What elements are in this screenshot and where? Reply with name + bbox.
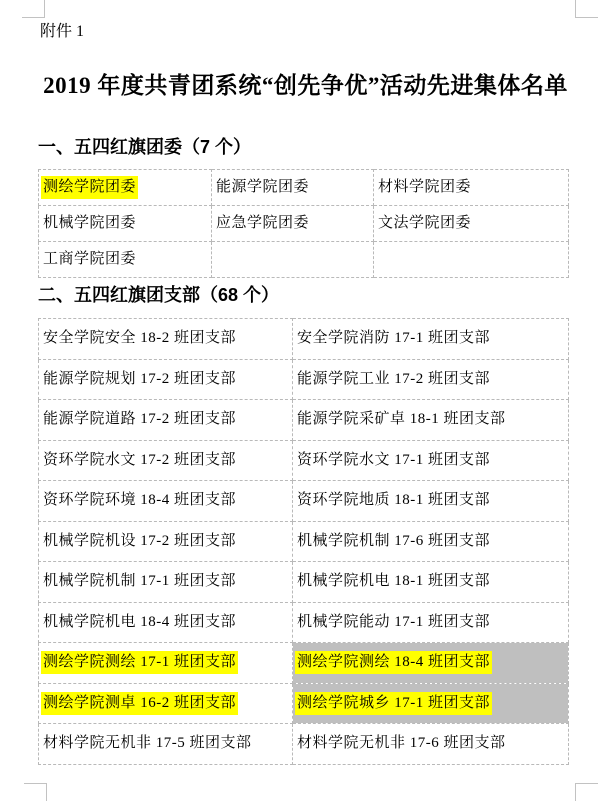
table-cell: 机械学院机电 18-4 班团支部 bbox=[39, 602, 293, 643]
table-cell: 工商学院团委 bbox=[39, 242, 212, 278]
cell-text: 机械学院机制 17-6 班团支部 bbox=[295, 530, 492, 553]
cell-text: 机械学院机电 18-1 班团支部 bbox=[295, 570, 492, 593]
table-cell bbox=[212, 242, 374, 278]
table-cell: 资环学院环境 18-4 班团支部 bbox=[39, 481, 293, 522]
table-cell: 能源学院采矿卓 18-1 班团支部 bbox=[293, 400, 569, 441]
table-cell: 应急学院团委 bbox=[212, 206, 374, 242]
table-row: 测绘学院测卓 16-2 班团支部测绘学院城乡 17-1 班团支部 bbox=[39, 683, 569, 724]
document-page: 附件 1 2019 年度共青团系统“创先争优”活动先进集体名单 一、五四红旗团委… bbox=[0, 0, 611, 802]
table-row: 安全学院安全 18-2 班团支部安全学院消防 17-1 班团支部 bbox=[39, 319, 569, 360]
table-row: 能源学院道路 17-2 班团支部能源学院采矿卓 18-1 班团支部 bbox=[39, 400, 569, 441]
highlighted-cell-text: 测绘学院测卓 16-2 班团支部 bbox=[41, 692, 238, 715]
table-cell: 安全学院安全 18-2 班团支部 bbox=[39, 319, 293, 360]
table-cell: 安全学院消防 17-1 班团支部 bbox=[293, 319, 569, 360]
cell-text: 能源学院道路 17-2 班团支部 bbox=[41, 408, 238, 431]
table-row: 机械学院机电 18-4 班团支部机械学院能动 17-1 班团支部 bbox=[39, 602, 569, 643]
cell-text: 安全学院消防 17-1 班团支部 bbox=[295, 327, 492, 350]
table-cell: 机械学院机制 17-1 班团支部 bbox=[39, 562, 293, 603]
table-cell: 测绘学院测绘 18-4 班团支部 bbox=[293, 643, 569, 684]
table-cell: 机械学院能动 17-1 班团支部 bbox=[293, 602, 569, 643]
text-boundary-corner-mark bbox=[575, 783, 598, 801]
table-cell: 测绘学院城乡 17-1 班团支部 bbox=[293, 683, 569, 724]
table-cell: 文法学院团委 bbox=[374, 206, 569, 242]
cell-text: 资环学院水文 17-2 班团支部 bbox=[41, 449, 238, 472]
cell-text: 资环学院地质 18-1 班团支部 bbox=[295, 489, 492, 512]
table-row: 资环学院环境 18-4 班团支部资环学院地质 18-1 班团支部 bbox=[39, 481, 569, 522]
table-row: 材料学院无机非 17-5 班团支部材料学院无机非 17-6 班团支部 bbox=[39, 724, 569, 765]
cell-text: 材料学院团委 bbox=[376, 176, 473, 199]
cell-text: 机械学院机电 18-4 班团支部 bbox=[41, 611, 238, 634]
cell-text: 能源学院工业 17-2 班团支部 bbox=[295, 368, 492, 391]
highlighted-cell-text: 测绘学院城乡 17-1 班团支部 bbox=[295, 692, 492, 715]
table-cell: 资环学院水文 17-2 班团支部 bbox=[39, 440, 293, 481]
text-boundary-corner-mark bbox=[575, 0, 598, 18]
table-row: 机械学院机制 17-1 班团支部机械学院机电 18-1 班团支部 bbox=[39, 562, 569, 603]
table-cell bbox=[374, 242, 569, 278]
table-cell: 资环学院地质 18-1 班团支部 bbox=[293, 481, 569, 522]
table-cell: 机械学院机电 18-1 班团支部 bbox=[293, 562, 569, 603]
table-row: 机械学院机设 17-2 班团支部机械学院机制 17-6 班团支部 bbox=[39, 521, 569, 562]
table-cell: 测绘学院测绘 17-1 班团支部 bbox=[39, 643, 293, 684]
section-heading-league-branches: 二、五四红旗团支部（68 个） bbox=[38, 284, 279, 306]
table-row: 测绘学院团委能源学院团委材料学院团委 bbox=[39, 170, 569, 206]
table-cell: 测绘学院团委 bbox=[39, 170, 212, 206]
cell-text: 安全学院安全 18-2 班团支部 bbox=[41, 327, 238, 350]
table-row: 资环学院水文 17-2 班团支部资环学院水文 17-1 班团支部 bbox=[39, 440, 569, 481]
text-boundary-corner-mark bbox=[22, 0, 45, 18]
cell-text: 能源学院团委 bbox=[214, 176, 311, 199]
doc-table: 测绘学院团委能源学院团委材料学院团委机械学院团委应急学院团委文法学院团委工商学院… bbox=[38, 169, 569, 278]
highlighted-cell-text: 测绘学院测绘 18-4 班团支部 bbox=[295, 651, 492, 674]
document-title: 2019 年度共青团系统“创先争优”活动先进集体名单 bbox=[30, 70, 581, 102]
table-cell: 机械学院团委 bbox=[39, 206, 212, 242]
table-cell: 材料学院无机非 17-5 班团支部 bbox=[39, 724, 293, 765]
cell-text: 机械学院机制 17-1 班团支部 bbox=[41, 570, 238, 593]
table-cell: 材料学院团委 bbox=[374, 170, 569, 206]
cell-text: 应急学院团委 bbox=[214, 212, 311, 235]
league-committees-table: 测绘学院团委能源学院团委材料学院团委机械学院团委应急学院团委文法学院团委工商学院… bbox=[38, 169, 569, 278]
section-heading-league-committees: 一、五四红旗团委（7 个） bbox=[38, 136, 251, 158]
cell-text: 文法学院团委 bbox=[376, 212, 473, 235]
attachment-label: 附件 1 bbox=[40, 22, 84, 42]
cell-text: 资环学院水文 17-1 班团支部 bbox=[295, 449, 492, 472]
league-branches-table: 安全学院安全 18-2 班团支部安全学院消防 17-1 班团支部能源学院规划 1… bbox=[38, 318, 569, 765]
cell-text: 资环学院环境 18-4 班团支部 bbox=[41, 489, 238, 512]
cell-text: 机械学院团委 bbox=[41, 212, 138, 235]
table-row: 工商学院团委 bbox=[39, 242, 569, 278]
table-cell: 机械学院机设 17-2 班团支部 bbox=[39, 521, 293, 562]
cell-text: 机械学院机设 17-2 班团支部 bbox=[41, 530, 238, 553]
cell-text: 材料学院无机非 17-6 班团支部 bbox=[295, 732, 508, 755]
table-row: 测绘学院测绘 17-1 班团支部测绘学院测绘 18-4 班团支部 bbox=[39, 643, 569, 684]
table-cell: 测绘学院测卓 16-2 班团支部 bbox=[39, 683, 293, 724]
highlighted-cell-text: 测绘学院团委 bbox=[41, 176, 138, 199]
table-cell: 能源学院团委 bbox=[212, 170, 374, 206]
table-row: 能源学院规划 17-2 班团支部能源学院工业 17-2 班团支部 bbox=[39, 359, 569, 400]
cell-text: 材料学院无机非 17-5 班团支部 bbox=[41, 732, 254, 755]
table-row: 机械学院团委应急学院团委文法学院团委 bbox=[39, 206, 569, 242]
text-boundary-corner-mark bbox=[24, 783, 47, 801]
cell-text: 工商学院团委 bbox=[41, 248, 138, 271]
table-cell: 材料学院无机非 17-6 班团支部 bbox=[293, 724, 569, 765]
highlighted-cell-text: 测绘学院测绘 17-1 班团支部 bbox=[41, 651, 238, 674]
table-cell: 资环学院水文 17-1 班团支部 bbox=[293, 440, 569, 481]
table-cell: 机械学院机制 17-6 班团支部 bbox=[293, 521, 569, 562]
table-cell: 能源学院工业 17-2 班团支部 bbox=[293, 359, 569, 400]
table-cell: 能源学院规划 17-2 班团支部 bbox=[39, 359, 293, 400]
cell-text: 能源学院采矿卓 18-1 班团支部 bbox=[295, 408, 508, 431]
doc-table: 安全学院安全 18-2 班团支部安全学院消防 17-1 班团支部能源学院规划 1… bbox=[38, 318, 569, 765]
table-cell: 能源学院道路 17-2 班团支部 bbox=[39, 400, 293, 441]
cell-text: 能源学院规划 17-2 班团支部 bbox=[41, 368, 238, 391]
cell-text: 机械学院能动 17-1 班团支部 bbox=[295, 611, 492, 634]
